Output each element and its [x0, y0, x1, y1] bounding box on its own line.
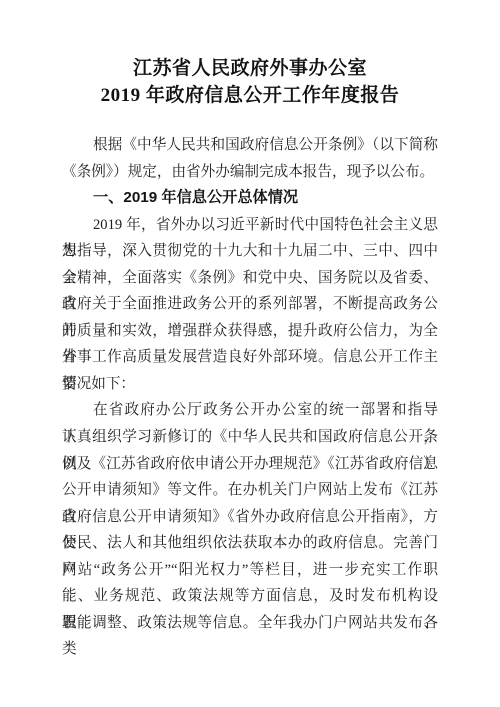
text-line: 公民、法人和其他组织依法获取本办的政府信息。完善门户 — [62, 530, 438, 557]
text-line: 在省政府办公厅政务公开办公室的统一部署和指导下， — [62, 397, 438, 424]
document-body: 根据《中华人民共和国政府信息公开条例》（以下简称《条例》）规定，由省外办编制完成… — [62, 132, 438, 636]
text-line: 以及《江苏省政府依申请公开办理规范》《江苏省政府信息 — [62, 451, 438, 478]
text-line: 为指导，深入贯彻党的十九大和十九届二中、三中、四中全 — [62, 238, 438, 265]
text-line: 网站“政务公开”“阳光权力”等栏目，进一步充实工作职 — [62, 557, 438, 584]
text-line: 《条例》）规定，由省外办编制完成本报告，现予以公布。 — [62, 159, 438, 186]
text-line: 能、业务规范、政策法规等方面信息，及时发布机构设置、 — [62, 583, 438, 610]
text-line: 的质量和实效，增强群众获得感，提升政府公信力，为全省 — [62, 318, 438, 345]
text-line: 职能调整、政策法规等信息。全年我办门户网站共发布各类 — [62, 610, 438, 637]
text-line: 情况如下： — [62, 371, 438, 398]
document-title-line-2: 2019 年政府信息公开工作年度报告 — [0, 82, 500, 109]
text-line: 外事工作高质量发展营造良好外部环境。信息公开工作主要 — [62, 344, 438, 371]
text-line: 政府信息公开申请须知》《省外办政府信息公开指南》，方便 — [62, 504, 438, 531]
text-line: 会精神，全面落实《条例》和党中央、国务院以及省委、省 — [62, 265, 438, 292]
text-line: 认真组织学习新修订的《中华人民共和国政府信息公开条例》 — [62, 424, 438, 451]
text-line: 2019 年，省外办以习近平新时代中国特色社会主义思想 — [62, 212, 438, 239]
document-page: 江苏省人民政府外事办公室 2019 年政府信息公开工作年度报告 根据《中华人民共… — [0, 0, 500, 707]
document-title-line-1: 江苏省人民政府外事办公室 — [0, 55, 500, 82]
section-heading: 一、2019 年信息公开总体情况 — [62, 185, 438, 212]
text-line: 公开申请须知》等文件。在办机关门户网站上发布《江苏省 — [62, 477, 438, 504]
text-line: 根据《中华人民共和国政府信息公开条例》（以下简称 — [62, 132, 438, 159]
document-title: 江苏省人民政府外事办公室 2019 年政府信息公开工作年度报告 — [0, 55, 500, 109]
text-line: 政府关于全面推进政务公开的系列部署，不断提高政务公开 — [62, 291, 438, 318]
